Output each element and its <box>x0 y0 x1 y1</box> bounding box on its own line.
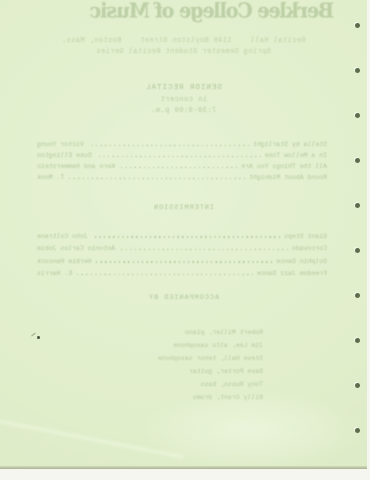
dot-leader <box>68 178 245 179</box>
punch-hole <box>355 293 360 298</box>
personnel-item: Robert Miller, piano <box>158 326 263 339</box>
recital-subtitle: in concert <box>0 96 367 104</box>
punch-hole <box>355 428 360 433</box>
dot-leader <box>96 156 261 157</box>
punch-hole <box>355 203 360 208</box>
piece-credit: Kern and Hammerstein <box>37 163 115 170</box>
punch-hole <box>355 23 360 28</box>
pen-mark-dot <box>37 336 40 339</box>
personnel-heading: ACCOMPANIED BY <box>0 294 367 302</box>
program-list-part2: Giant Steps John Coltrane Corcovado Anto… <box>37 227 327 277</box>
program-row: Giant Steps John Coltrane <box>37 227 327 240</box>
piece-credit: John Coltrane <box>37 233 88 240</box>
dot-leader <box>92 236 280 237</box>
program-row: Corcovado Antonio Carlos Jobim <box>37 240 327 253</box>
piece-title: Corcovado <box>292 245 327 252</box>
program-list-part1: Stella by Starlight Victor Young In a Me… <box>37 137 327 181</box>
program-row: Round About Midnight T. Monk <box>37 170 327 181</box>
masthead-logo: Berklee College of Music <box>91 0 334 23</box>
program-row: All the Things You Are Kern and Hammerst… <box>37 159 327 170</box>
piece-title: Stella by Starlight <box>253 141 327 148</box>
program-row: Stella by Starlight Victor Young <box>37 137 327 148</box>
piece-credit: Antonio Carlos Jobim <box>37 245 115 252</box>
scanned-page: Berklee College of Music Recital Hall 11… <box>0 0 370 480</box>
scan-light-sheen <box>140 390 360 469</box>
piece-credit: E. Harris <box>37 270 72 277</box>
piece-title: Round About Midnight <box>249 174 327 181</box>
punch-hole <box>355 158 360 163</box>
address-line: Spring Semester Student Recital Series <box>0 48 367 56</box>
dot-leader <box>76 274 253 275</box>
piece-credit: Herbie Hancock <box>37 258 92 265</box>
piece-credit: Victor Young <box>37 141 84 148</box>
program-row: In a Mellow Tone Duke Ellington <box>37 148 327 159</box>
personnel-item: Jim Lee, alto saxophone <box>158 339 263 352</box>
dot-leader <box>88 145 249 146</box>
piece-credit: Duke Ellington <box>37 152 92 159</box>
piece-title: Freedom Jazz Dance <box>257 270 327 277</box>
intermission-heading: INTERMISSION <box>0 204 367 212</box>
program-row: Dolphin Dance Herbie Hancock <box>37 252 327 265</box>
piece-title: Dolphin Dance <box>276 258 327 265</box>
punch-hole <box>355 338 360 343</box>
personnel-item: Dave Porter, guitar <box>158 365 263 378</box>
punch-hole <box>355 383 360 388</box>
personnel-item: Steve Hall, tenor saxophone <box>158 352 263 365</box>
program-row: Freedom Jazz Dance E. Harris <box>37 265 327 278</box>
punch-hole <box>355 248 360 253</box>
piece-title: Giant Steps <box>284 233 327 240</box>
piece-title: All the Things You Are <box>241 163 327 170</box>
address-line: Recital Hall 1140 Boylston Street Boston… <box>0 37 367 45</box>
piece-credit: T. Monk <box>37 174 64 181</box>
paper-bottom-edge <box>0 466 367 469</box>
recital-datetime: 7:30-9:00 p.m. <box>0 107 367 115</box>
dot-leader <box>96 261 273 262</box>
dot-leader <box>119 167 237 168</box>
piece-title: In a Mellow Tone <box>265 152 327 159</box>
paper-sheet: Berklee College of Music Recital Hall 11… <box>0 0 367 469</box>
punch-hole <box>355 113 360 118</box>
recital-title: SENIOR RECITAL <box>0 84 367 92</box>
dot-leader <box>119 249 288 250</box>
punch-hole <box>355 68 360 73</box>
